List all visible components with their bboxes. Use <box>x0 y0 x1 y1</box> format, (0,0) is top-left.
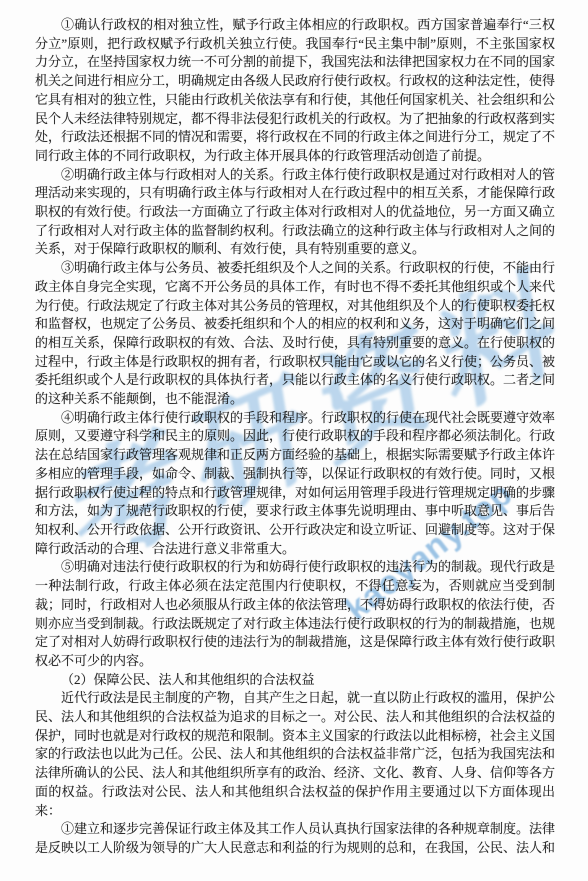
paragraph-6-modern-admin-law: 近代行政法是民主制度的产物，自其产生之日起，就一直以防止行政权的滥用，保护公民、… <box>35 689 555 820</box>
paragraph-1-confirm-admin-power: ①确认行政权的相对独立性，赋予行政主体相应的行政职权。西方国家普遍奉行“三权分立… <box>35 16 555 166</box>
paragraph-7-establish-rules: ①建立和逐步完善保证行政主体及其工作人员认真执行国家法律的各种规章制度。法律是反… <box>35 820 555 857</box>
paragraph-5-sanctions: ⑤明确对违法行使行政职权的行为和妨碍行使行政职权的违法行为的制裁。现代行政是一种… <box>35 558 555 670</box>
paragraph-4-means-and-procedures: ④明确行政主体行使行政职权的手段和程序。行政职权的行使在现代社会既要遵守效率原则… <box>35 409 555 559</box>
page-body-text: ①确认行政权的相对独立性，赋予行政主体相应的行政职权。西方国家普遍奉行“三权分立… <box>35 16 555 858</box>
document-page: ①确认行政权的相对独立性，赋予行政主体相应的行政职权。西方国家普遍奉行“三权分立… <box>0 0 588 881</box>
paragraph-2-subject-counterpart-relation: ②明确行政主体与行政相对人的关系。行政主体行使行政职权是通过对行政相对人的管理活… <box>35 166 555 260</box>
paragraph-3-subject-civil-servant-relation: ③明确行政主体与公务员、被委托组织及个人之间的关系。行政职权的行使，不能由行政主… <box>35 259 555 409</box>
section-heading-protect-lawful-rights: （2）保障公民、法人和其他组织的合法权益 <box>35 671 555 690</box>
